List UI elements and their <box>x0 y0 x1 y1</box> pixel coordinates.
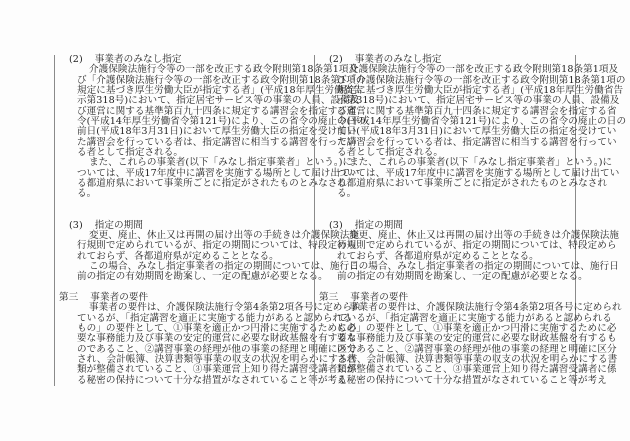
right-column-text: (2)事業者のみなし指定 介護保険法施行令等の一部を改正する政令附則第18条第1… <box>319 55 573 386</box>
spacer <box>319 200 573 210</box>
right-column: (2)事業者のみなし指定 介護保険法施行令等の一部を改正する政令附則第18条第1… <box>314 55 576 386</box>
section-title: 指定の期間 <box>95 220 143 231</box>
paragraph-line: る秘密の保持について十分な措置がなされていること等が考え <box>59 376 313 386</box>
paragraph-line: る秘密の保持について十分な措置がなされていること等が考え <box>319 376 573 386</box>
paragraph-line: 前の指定の有効期間を勘案し、一定の配慮が必要となる。 <box>59 272 313 282</box>
section-number: (3) <box>69 220 83 231</box>
paragraph-line: る都道府県において事業所ごとに指定がされたものとみなされ <box>59 179 313 189</box>
section-title: 指定の期間 <box>355 220 403 231</box>
document-page: (2)事業者のみなし指定 介護保険法施行令等の一部を改正する政令附則第18条第1… <box>0 0 630 441</box>
paragraph-line: 行規則で定められているが、指定の期間については、特段定めら <box>319 241 573 251</box>
spacer <box>59 200 313 210</box>
paragraph-line: 前の指定の有効期間を勘案し、一定の配慮が必要となる。 <box>319 272 573 282</box>
section-number: (3) <box>329 220 343 231</box>
section-number: (2) <box>329 54 343 65</box>
paragraph-line: る。 <box>319 189 573 199</box>
section-number: (2) <box>69 54 83 65</box>
paragraph-line: 行規則で定められているが、指定の期間については、特段定めら <box>59 241 313 251</box>
left-column-text: (2)事業者のみなし指定 介護保険法施行令等の一部を改正する政令附則第18条第1… <box>59 55 313 386</box>
left-column: (2)事業者のみなし指定 介護保険法施行令等の一部を改正する政令附則第18条第1… <box>54 55 314 386</box>
chapter-number: 第三 <box>59 292 78 303</box>
paragraph-line: る都道府県において事業所ごとに指定がされたものとみなされ <box>319 179 573 189</box>
paragraph-line: る。 <box>59 189 313 199</box>
chapter-number: 第三 <box>319 292 338 303</box>
